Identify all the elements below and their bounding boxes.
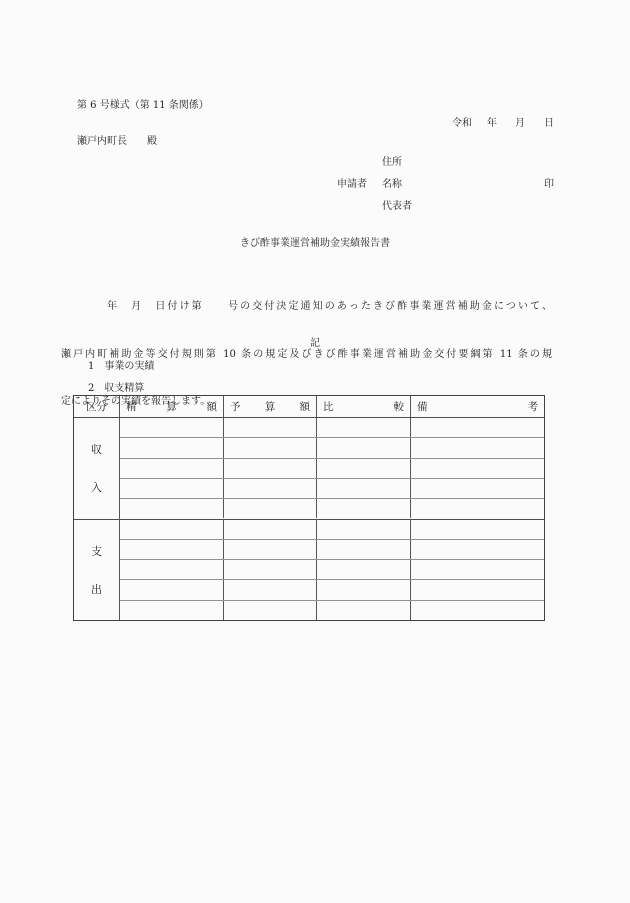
header-char: 比 xyxy=(323,399,334,414)
table-cell-budget-amount xyxy=(224,499,317,518)
list-item-settlement: 2 収支精算 xyxy=(88,382,144,395)
table-cell-settlement-amount xyxy=(120,499,224,518)
table-cell-remarks xyxy=(411,560,544,579)
table-row xyxy=(120,459,544,479)
header-cell-category: 区分 xyxy=(74,396,120,417)
table-cell-comparison xyxy=(317,459,411,478)
table-body: 収入支出 xyxy=(74,418,544,620)
table-row xyxy=(120,418,544,438)
table-cell-budget-amount xyxy=(224,580,317,599)
table-cell-settlement-amount xyxy=(120,479,224,498)
year-label: 年 xyxy=(487,117,497,130)
table-cell-budget-amount xyxy=(224,438,317,457)
table-row xyxy=(120,438,544,458)
table-cell-comparison xyxy=(317,560,411,579)
table-cell-budget-amount xyxy=(224,601,317,620)
note-heading: 記 xyxy=(0,337,630,350)
table-cell-comparison xyxy=(317,580,411,599)
header-char: 算 xyxy=(166,399,177,414)
table-cell-remarks xyxy=(411,499,544,518)
header-char: 予 xyxy=(230,399,241,414)
income-label: 収入 xyxy=(74,418,119,520)
table-cell-settlement-amount xyxy=(120,540,224,559)
header-cell-budget-amount: 予算額 xyxy=(224,396,317,417)
header-char: 額 xyxy=(300,399,311,414)
table-header-row: 区分精算額予算額比較備考 xyxy=(74,396,544,418)
header-cell-settlement-amount: 精算額 xyxy=(120,396,224,417)
expenditure-label-char: 出 xyxy=(91,581,102,597)
applicant-label: 申請者 xyxy=(337,178,367,191)
table-cell-settlement-amount xyxy=(120,601,224,620)
table-cell-remarks xyxy=(411,520,544,539)
table-cell-comparison xyxy=(317,438,411,457)
table-cell-budget-amount xyxy=(224,560,317,579)
table-cell-remarks xyxy=(411,479,544,498)
header-cell-comparison: 比較 xyxy=(317,396,411,417)
header-char: 算 xyxy=(265,399,276,414)
body-line-1: 年 月 日付け第 号の交付決定通知のあったきび酢事業運営補助金について、 xyxy=(61,296,552,318)
table-cell-settlement-amount xyxy=(120,580,224,599)
header-char: 較 xyxy=(394,399,405,414)
header-char: 考 xyxy=(528,399,539,414)
table-cell-budget-amount xyxy=(224,418,317,437)
day-label: 日 xyxy=(544,117,554,130)
addressee: 瀬戸内町長 殿 xyxy=(77,135,157,148)
income-label-char: 収 xyxy=(91,441,102,457)
table-cell-settlement-amount xyxy=(120,520,224,539)
table-row xyxy=(120,560,544,580)
table-row xyxy=(120,479,544,499)
table-cell-remarks xyxy=(411,418,544,437)
representative-label: 代表者 xyxy=(382,200,412,213)
table-cell-remarks xyxy=(411,601,544,620)
table-cell-comparison xyxy=(317,499,411,518)
table-cell-settlement-amount xyxy=(120,438,224,457)
table-cell-budget-amount xyxy=(224,459,317,478)
table-row xyxy=(120,540,544,560)
table-cell-comparison xyxy=(317,418,411,437)
table-cell-settlement-amount xyxy=(120,418,224,437)
expenditure-label-char: 支 xyxy=(91,543,102,559)
header-char: 備 xyxy=(417,399,428,414)
table-cell-budget-amount xyxy=(224,520,317,539)
table-row xyxy=(120,520,544,540)
era-label: 令和 xyxy=(452,117,472,130)
header-char: 額 xyxy=(207,399,218,414)
name-label: 名称 xyxy=(382,178,402,191)
table-row xyxy=(120,601,544,620)
table-cell-remarks xyxy=(411,580,544,599)
document-title: きび酢事業運営補助金実績報告書 xyxy=(0,237,630,250)
seal-label: 印 xyxy=(544,178,554,191)
table-cell-comparison xyxy=(317,520,411,539)
table-cell-remarks xyxy=(411,438,544,457)
header-cell-remarks: 備考 xyxy=(411,396,544,417)
table-row xyxy=(120,499,544,518)
date-line: 令和 年 月 日 xyxy=(452,117,554,130)
table-cell-remarks xyxy=(411,459,544,478)
table-cell-budget-amount xyxy=(224,479,317,498)
table-cell-budget-amount xyxy=(224,540,317,559)
table-cell-comparison xyxy=(317,540,411,559)
document-page: 第 6 号様式（第 11 条関係） 令和 年 月 日 瀬戸内町長 殿 住所 申請… xyxy=(0,0,630,903)
table-cell-settlement-amount xyxy=(120,560,224,579)
list-item-business-results: 1 事業の実績 xyxy=(88,360,154,373)
table-cell-comparison xyxy=(317,479,411,498)
data-columns xyxy=(120,418,544,620)
expenditure-rows xyxy=(120,520,544,621)
form-number: 第 6 号様式（第 11 条関係） xyxy=(77,99,209,112)
month-label: 月 xyxy=(515,117,525,130)
income-label-char: 入 xyxy=(91,479,102,495)
expenditure-label: 支出 xyxy=(74,520,119,621)
table-cell-remarks xyxy=(411,540,544,559)
table-cell-settlement-amount xyxy=(120,459,224,478)
table-cell-comparison xyxy=(317,601,411,620)
address-label: 住所 xyxy=(382,156,402,169)
header-char: 精 xyxy=(126,399,137,414)
category-column: 収入支出 xyxy=(74,418,120,620)
settlement-table: 区分精算額予算額比較備考収入支出 xyxy=(73,395,545,621)
table-row xyxy=(120,580,544,600)
income-rows xyxy=(120,418,544,520)
